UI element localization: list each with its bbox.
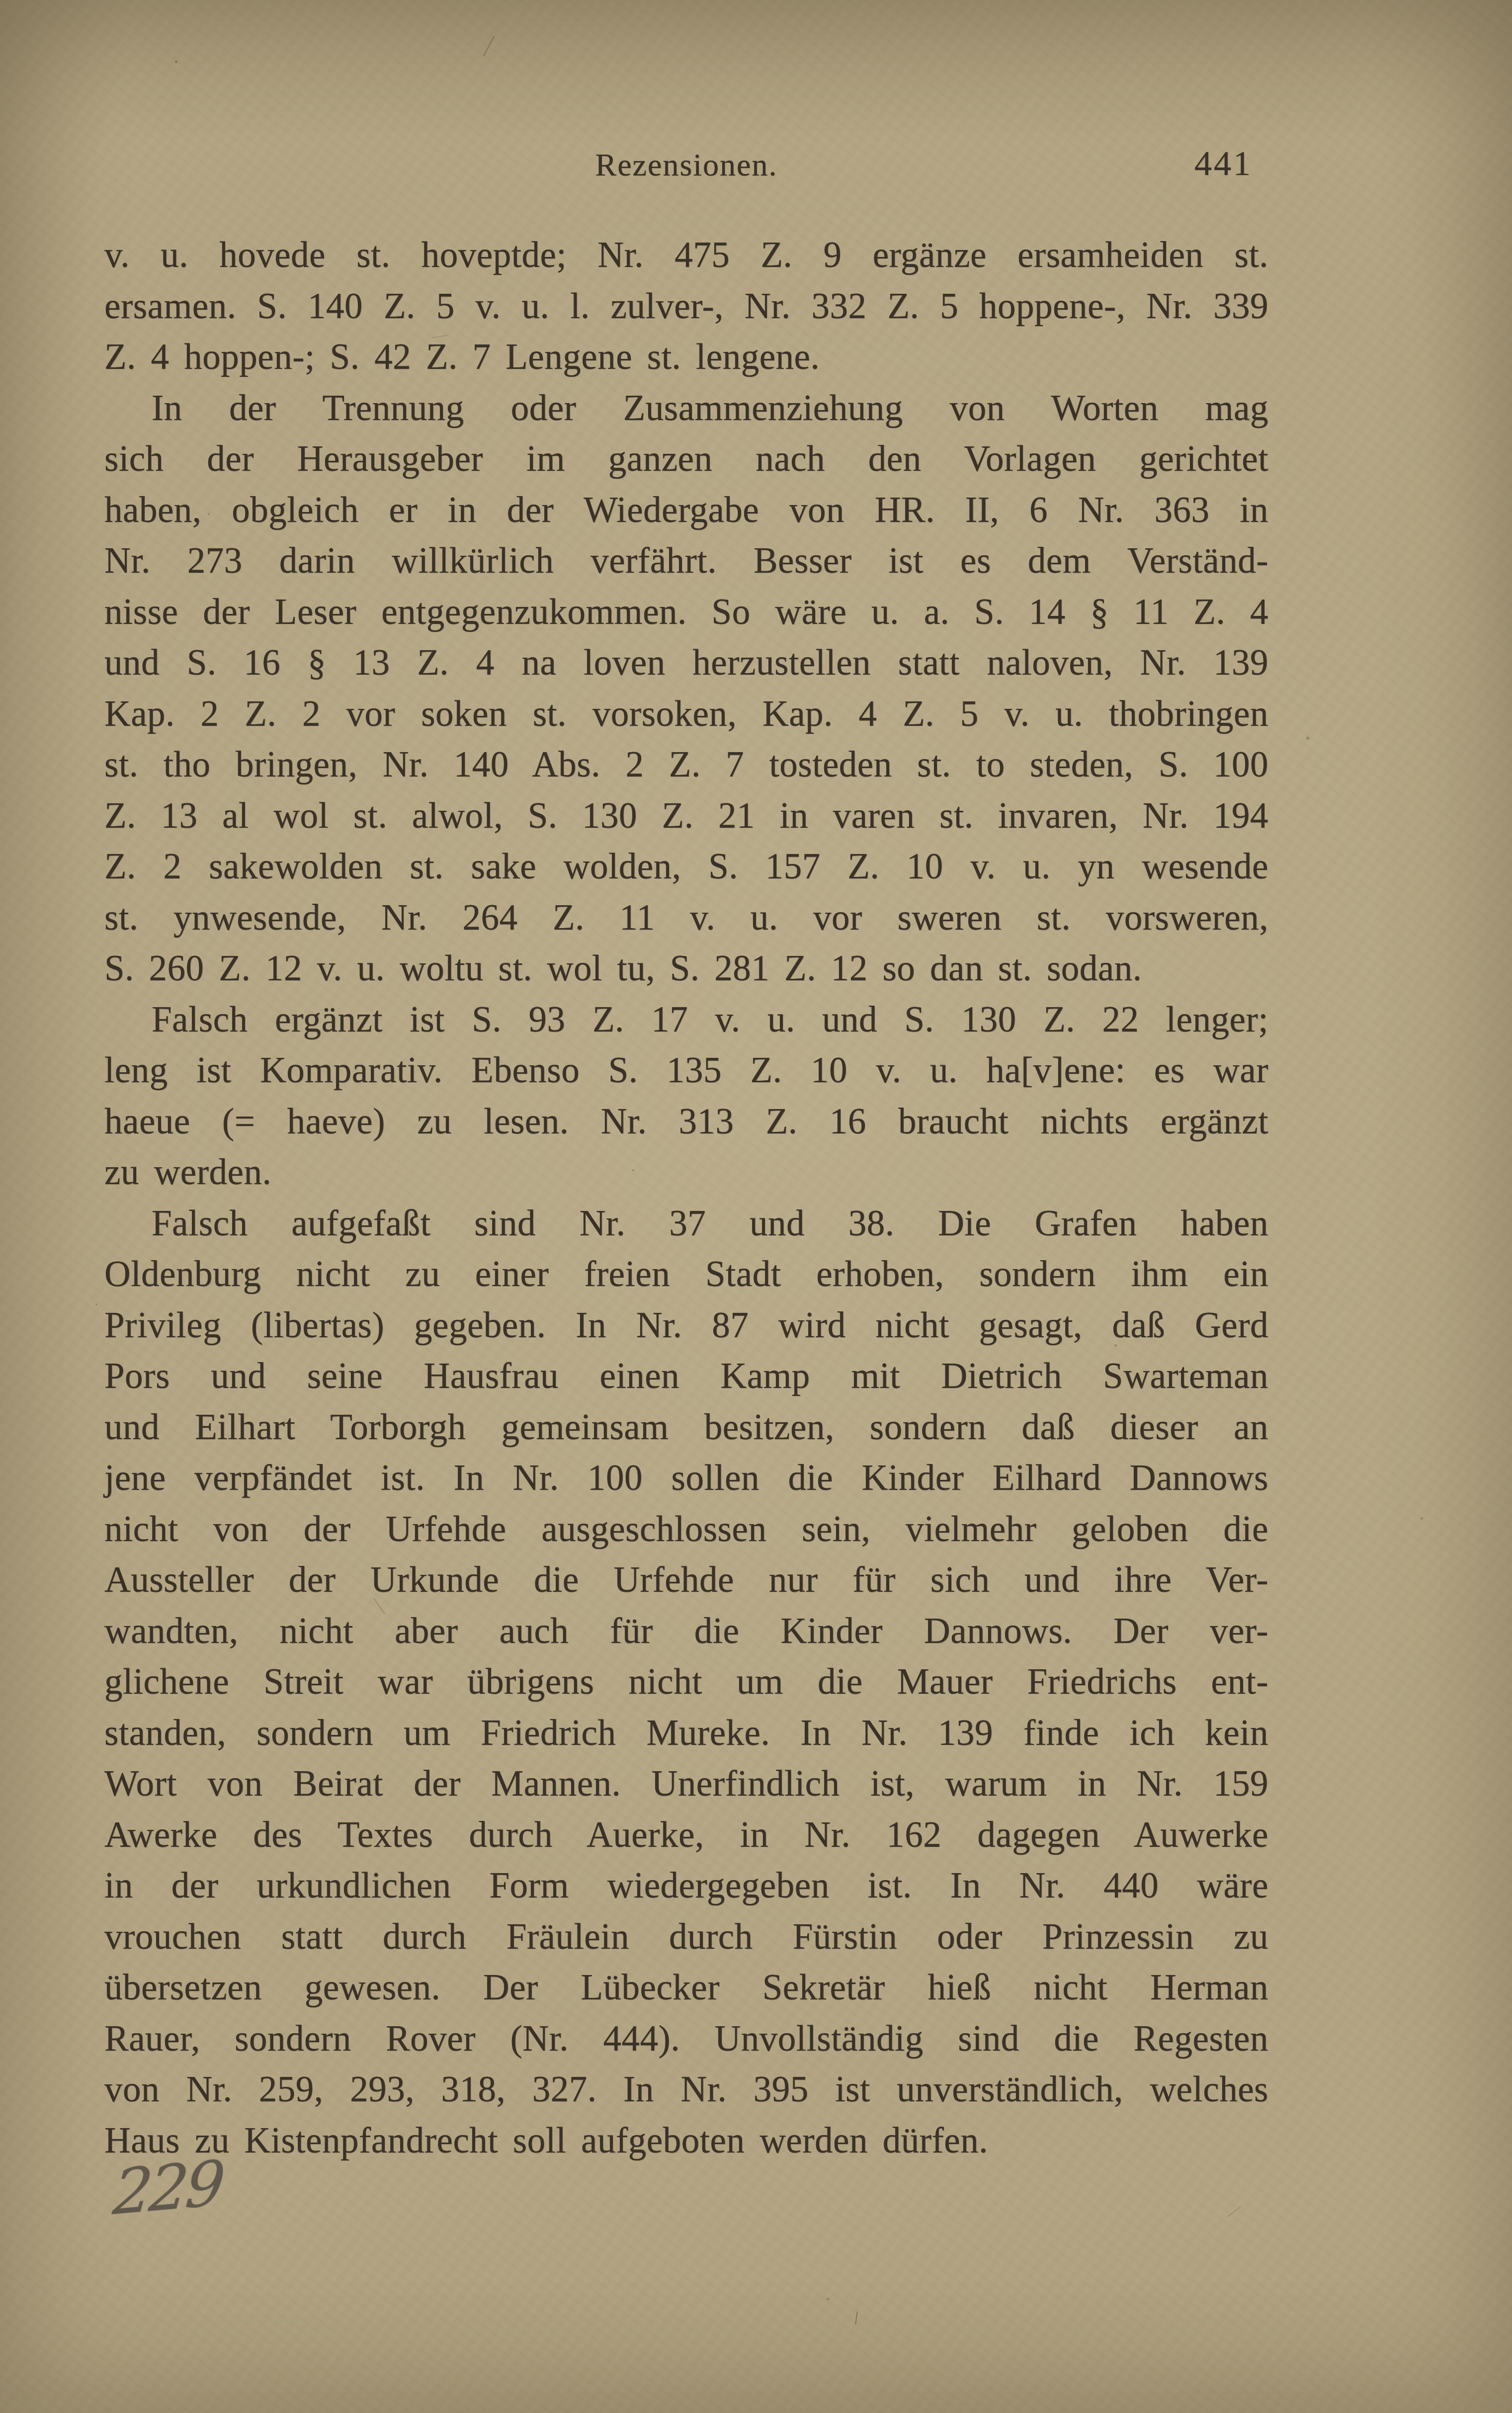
paper-speck [1306, 737, 1309, 740]
paper-fiber [1227, 2206, 1241, 2218]
text-line: vrouchen statt durch Fräulein durch Fürs… [104, 1911, 1268, 1963]
text-line: jene verpfändet ist. In Nr. 100 sollen d… [104, 1453, 1268, 1504]
text-line: übersetzen gewesen. Der Lübecker Sekretä… [104, 1962, 1268, 2013]
text-line: sich der Herausgeber im ganzen nach den … [104, 433, 1268, 485]
paper-speck [175, 61, 177, 63]
text-line: leng ist Komparativ. Ebenso S. 135 Z. 10… [104, 1045, 1268, 1096]
text-line: glichene Streit war übrigens nicht um di… [104, 1656, 1268, 1708]
text-line: Pors und seine Hausfrau einen Kamp mit D… [104, 1351, 1268, 1402]
text-line: Falsch ergänzt ist S. 93 Z. 17 v. u. und… [104, 994, 1268, 1045]
running-title: Rezensionen. [595, 147, 778, 182]
text-line: Rauer, sondern Rover (Nr. 444). Unvollst… [104, 2013, 1268, 2065]
text-line: und S. 16 § 13 Z. 4 na loven herzustelle… [104, 637, 1268, 689]
text-line: v. u. hovede st. hoveptde; Nr. 475 Z. 9 … [104, 230, 1268, 281]
text-line: haben, obgleich er in der Wiedergabe von… [104, 485, 1268, 536]
page-number: 441 [1194, 146, 1253, 182]
text-line: nicht von der Urfehde ausgeschlossen sei… [104, 1504, 1268, 1555]
text-line: Z. 13 al wol st. alwol, S. 130 Z. 21 in … [104, 790, 1268, 842]
paper-speck [95, 1303, 97, 1305]
paper-speck [1421, 1517, 1423, 1520]
text-line: st. ynwesende, Nr. 264 Z. 11 v. u. vor s… [104, 892, 1268, 944]
text-line: Haus zu Kistenpfandrecht soll aufgeboten… [104, 2115, 1268, 2166]
text-line: von Nr. 259, 293, 318, 327. In Nr. 395 i… [104, 2064, 1268, 2115]
text-block: v. u. hovede st. hoveptde; Nr. 475 Z. 9 … [104, 230, 1268, 2166]
paper-fiber [483, 36, 495, 57]
text-line: und Eilhart Torborgh gemeinsam besitzen,… [104, 1402, 1268, 1453]
text-line: ersamen. S. 140 Z. 5 v. u. l. zulver-, N… [104, 281, 1268, 332]
text-line: Falsch aufgefaßt sind Nr. 37 und 38. Die… [104, 1198, 1268, 1249]
text-line: Oldenburg nicht zu einer freien Stadt er… [104, 1249, 1268, 1300]
text-line: Awerke des Textes durch Auerke, in Nr. 1… [104, 1810, 1268, 1861]
text-line: in der urkundlichen Form wiedergegeben i… [104, 1860, 1268, 1911]
text-line: zu werden. [104, 1147, 1268, 1198]
text-line: Kap. 2 Z. 2 vor soken st. vorsoken, Kap.… [104, 689, 1268, 740]
paper-speck [826, 2298, 830, 2300]
scanned-book-page: Rezensionen. 441 v. u. hovede st. hovept… [0, 0, 1512, 2413]
text-line: In der Trennung oder Zusammenziehung von… [104, 383, 1268, 434]
text-line: S. 260 Z. 12 v. u. woltu st. wol tu, S. … [104, 943, 1268, 994]
text-line: Privileg (libertas) gegeben. In Nr. 87 w… [104, 1300, 1268, 1351]
text-line: wandten, nicht aber auch für die Kinder … [104, 1606, 1268, 1657]
text-line: standen, sondern um Friedrich Mureke. In… [104, 1708, 1268, 1759]
text-line: Nr. 273 darin willkürlich verfährt. Bess… [104, 535, 1268, 587]
text-line: nisse der Leser entgegenzukommen. So wär… [104, 587, 1268, 638]
paper-fiber [855, 2312, 858, 2325]
text-line: st. tho bringen, Nr. 140 Abs. 2 Z. 7 tos… [104, 739, 1268, 790]
text-line: haeue (= haeve) zu lesen. Nr. 313 Z. 16 … [104, 1096, 1268, 1147]
page-header: Rezensionen. 441 [104, 147, 1268, 187]
text-line: Z. 4 hoppen-; S. 42 Z. 7 Lengene st. len… [104, 332, 1268, 383]
text-line: Aussteller der Urkunde die Urfehde nur f… [104, 1554, 1268, 1606]
handwritten-number: 229 [110, 2148, 225, 2230]
text-line: Wort von Beirat der Mannen. Unerfindlich… [104, 1758, 1268, 1810]
text-line: Z. 2 sakewolden st. sake wolden, S. 157 … [104, 841, 1268, 892]
